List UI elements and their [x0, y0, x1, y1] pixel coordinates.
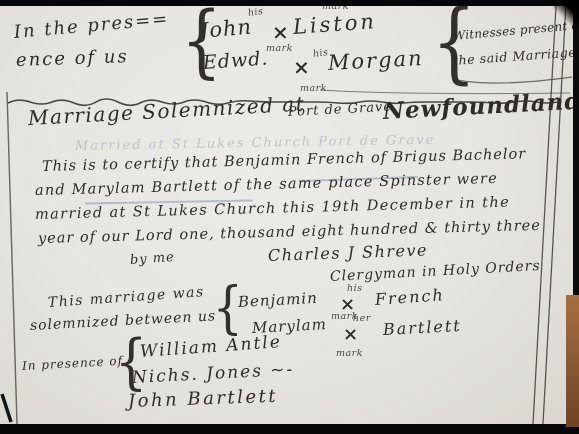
bride-her-note: her	[353, 314, 371, 324]
sig2-first-name: Edwd.	[202, 49, 269, 73]
bride-cross-mark: ×	[343, 326, 358, 344]
bride-mark-note: mark	[336, 349, 363, 359]
by-me-label: by me	[130, 251, 176, 267]
sig1-mark-note: mark	[266, 44, 293, 54]
photo-right-border	[573, 0, 579, 302]
photo-top-border	[0, 0, 579, 6]
photo-of-marriage-record: In the pres== ence of us { his John × Li…	[0, 0, 579, 434]
sig2-cross-mark: ×	[293, 57, 310, 77]
left-margin-line	[7, 92, 17, 424]
right-margin-line-outer	[543, 4, 566, 424]
sig1-last-name: Liston	[292, 11, 377, 38]
sig1-cross-mark: ×	[272, 22, 289, 42]
groom-his-note: his	[347, 284, 363, 294]
groom-first-name: Benjamin	[238, 291, 319, 310]
sig1-first-name: John	[199, 16, 253, 41]
bride-last-name: Bartlett	[383, 318, 463, 338]
photo-top-right-corner	[553, 0, 579, 30]
witness-name-3: John Bartlett	[128, 388, 279, 411]
sig2-last-name: Morgan	[327, 48, 424, 74]
groom-last-name: French	[374, 287, 445, 308]
right-margin-line-inner	[533, 6, 556, 424]
wood-table-strip	[566, 295, 579, 427]
bottom-left-mark	[2, 394, 11, 422]
presence-left-line2: ence of us	[16, 48, 129, 70]
photo-bottom-border	[0, 424, 579, 434]
